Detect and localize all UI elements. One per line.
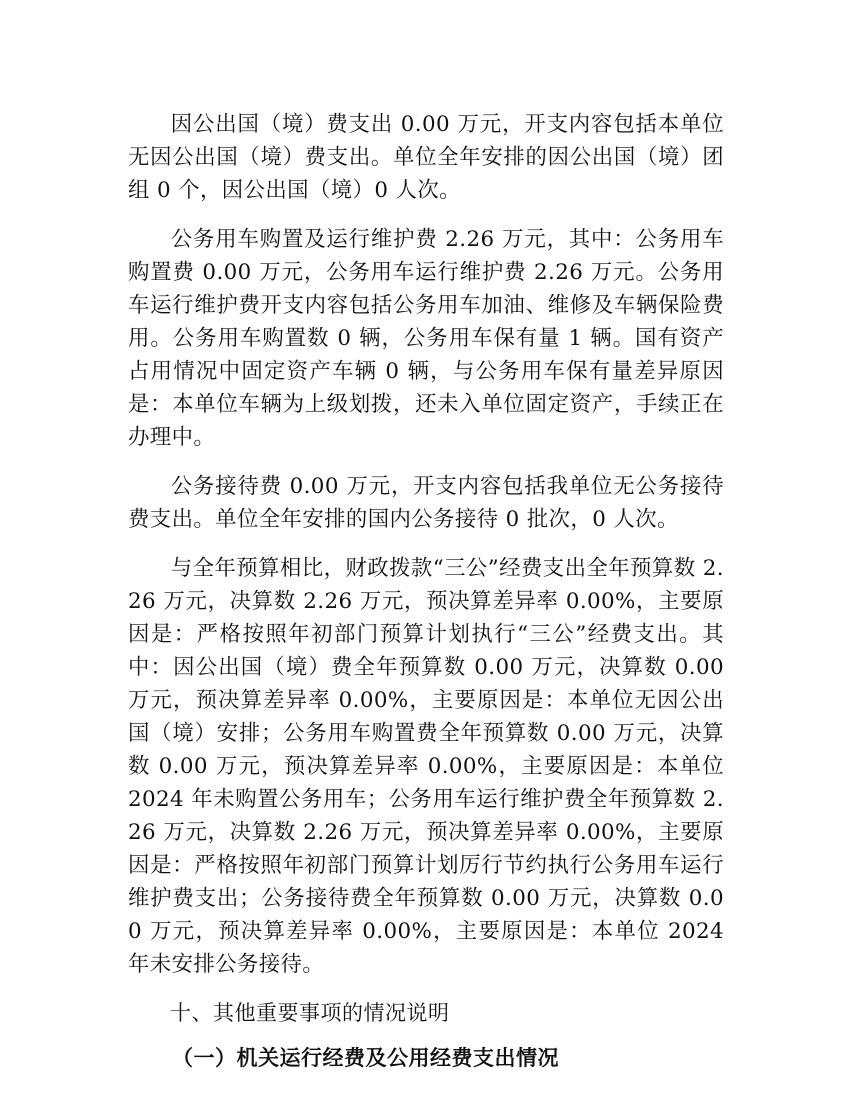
- subsection-heading: （一）机关运行经费及公用经费支出情况: [172, 1042, 724, 1075]
- paragraph-official-vehicle-expense: 公务用车购置及运行维护费 2.26 万元，其中：公务用车购置费 0.00 万元，…: [128, 223, 724, 454]
- paragraph-official-reception-expense: 公务接待费 0.00 万元，开支内容包括我单位无公务接待费支出。单位全年安排的国…: [128, 470, 724, 536]
- section-heading: 十、其他重要事项的情况说明: [170, 997, 724, 1030]
- document-page: 因公出国（境）费支出 0.00 万元，开支内容包括本单位无因公出国（境）费支出。…: [128, 108, 724, 1075]
- paragraph-budget-comparison: 与全年预算相比，财政拨款“三公”经费支出全年预算数 2.26 万元，决算数 2.…: [128, 552, 724, 981]
- paragraph-overseas-travel-expense: 因公出国（境）费支出 0.00 万元，开支内容包括本单位无因公出国（境）费支出。…: [128, 108, 724, 207]
